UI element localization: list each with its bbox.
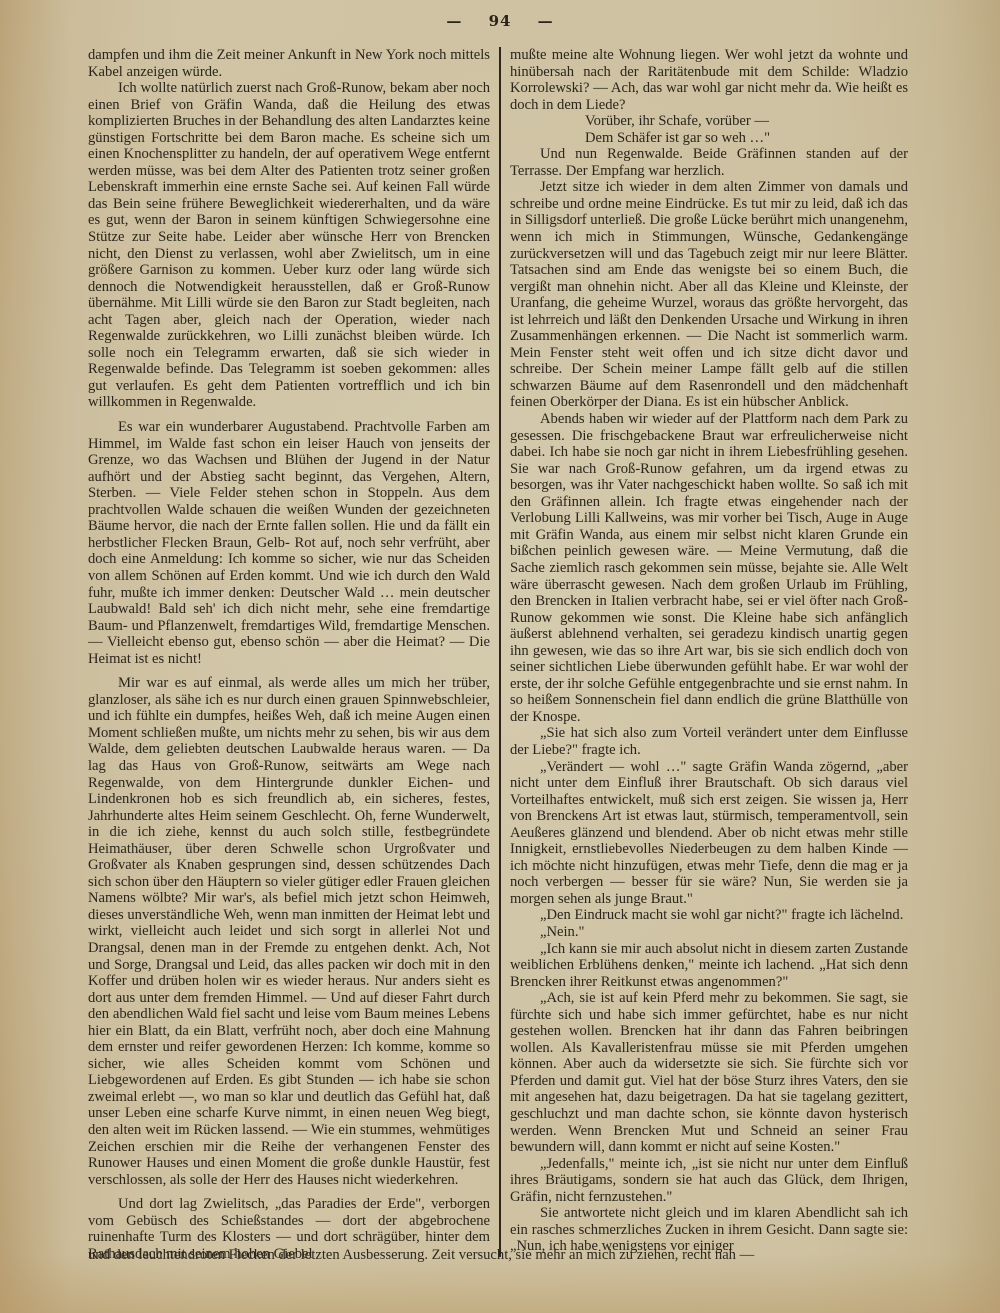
paragraph: Mir war es auf einmal, als werde alles u… bbox=[88, 675, 490, 1188]
paragraph: Jetzt sitze ich wieder in dem alten Zimm… bbox=[510, 179, 908, 411]
paragraph: Es war ein wunderbarer Augustabend. Prac… bbox=[88, 419, 490, 667]
paragraph: Abends haben wir wieder auf der Plattfor… bbox=[510, 411, 908, 725]
verse-line: Vorüber, ihr Schafe, vorüber — bbox=[510, 113, 908, 130]
right-column: mußte meine alte Wohnung liegen. Wer woh… bbox=[510, 47, 908, 1255]
paragraph: „Verändert — wohl …" sagte Gräfin Wanda … bbox=[510, 759, 908, 908]
paragraph: dampfen und ihm die Zeit meiner Ankunft … bbox=[88, 47, 490, 80]
paragraph: „Jedenfalls," meinte ich, „ist sie nicht… bbox=[510, 1156, 908, 1206]
newspaper-page: — 94 — dampfen und ihm die Zeit meiner A… bbox=[0, 0, 1000, 1313]
paragraph: „Den Eindruck macht sie wohl gar nicht?"… bbox=[510, 907, 908, 924]
paragraph: Und nun Regenwalde. Beide Gräfinnen stan… bbox=[510, 146, 908, 179]
page-header: — 94 — bbox=[0, 12, 1000, 30]
paragraph: „Ach, sie ist auf kein Pferd mehr zu bek… bbox=[510, 990, 908, 1155]
paragraph: mußte meine alte Wohnung liegen. Wer woh… bbox=[510, 47, 908, 113]
verse-line: Dem Schäfer ist gar so weh …" bbox=[510, 130, 908, 147]
left-column: dampfen und ihm die Zeit meiner Ankunft … bbox=[88, 47, 490, 1262]
header-dash-right: — bbox=[538, 12, 554, 30]
page-number: 94 bbox=[489, 12, 512, 30]
bottom-spanning-line: und den leuchtendroten Flecken der letzt… bbox=[88, 1247, 908, 1264]
paragraph: „Ich kann sie mir auch absolut nicht in … bbox=[510, 941, 908, 991]
header-dash-left: — bbox=[446, 12, 462, 30]
paragraph: „Sie hat sich also zum Vorteil verändert… bbox=[510, 725, 908, 758]
paragraph: Ich wollte natürlich zuerst nach Groß-Ru… bbox=[88, 80, 490, 411]
paragraph: „Nein." bbox=[510, 924, 908, 941]
column-divider bbox=[499, 47, 501, 1257]
